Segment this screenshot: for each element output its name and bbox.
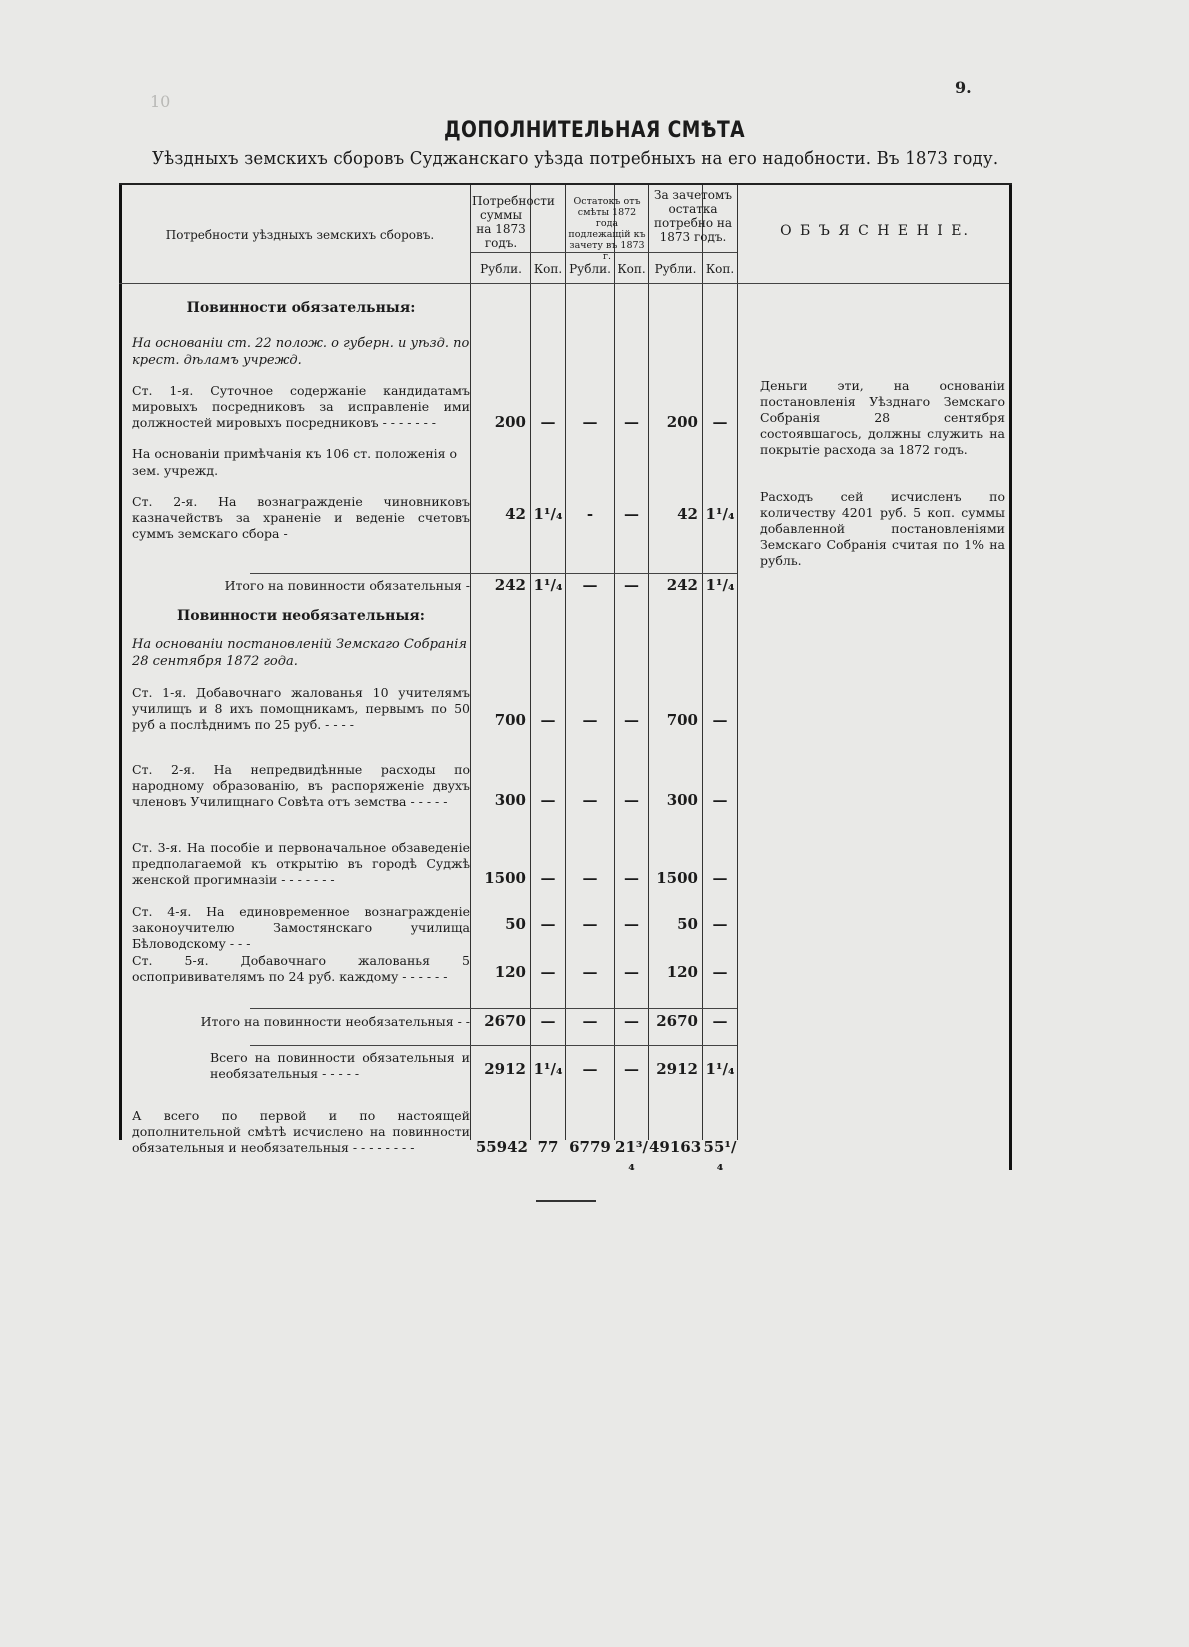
row-description: Ст. 5-я. Добавочнаго жалованья 5 оспопри…: [132, 953, 470, 985]
closing-rule: [536, 1200, 596, 1202]
row-rem-rub: —: [566, 791, 614, 809]
section-heading-mandatory: Повинности обязательныя:: [132, 300, 470, 316]
row-description: Ст. 4-я. На единовременное вознаграждені…: [132, 904, 470, 952]
subtotal-label: Итого на повинности необязательныя - -: [160, 1014, 470, 1030]
header-remainder: Остатокъ отъ смѣты 1872 года подлежащій …: [567, 196, 647, 262]
row-rem-kop: —: [615, 505, 648, 523]
row-description: Ст. 1-я. Добавочнаго жалованья 10 учител…: [132, 685, 470, 733]
row-rem-kop: —: [615, 1060, 648, 1078]
row-rem-rub: —: [566, 963, 614, 981]
row-kop: —: [531, 869, 565, 887]
row-net-kop: —: [703, 869, 737, 887]
row-net-kop: 1¹/₄: [703, 505, 737, 523]
header-kop: Коп.: [703, 262, 737, 276]
row-rem-rub: —: [566, 413, 614, 431]
row-net-rub: 300: [649, 791, 698, 809]
basis-note: На основаніи ст. 22 полож. о губерн. и у…: [132, 335, 470, 369]
row-kop: —: [531, 1012, 565, 1030]
header-net-needed: За зачетомъ остатка потребно на 1873 год…: [650, 188, 736, 244]
row-rem-rub: —: [566, 869, 614, 887]
row-rem-kop: —: [615, 576, 648, 594]
row-rem-kop: —: [615, 869, 648, 887]
col-divider: [648, 185, 649, 1140]
section-heading-optional: Повинности необязательныя:: [132, 608, 470, 624]
row-rub: 700: [472, 711, 526, 729]
header-kop: Коп.: [531, 262, 565, 276]
row-net-kop: 55¹/₄: [703, 1138, 737, 1174]
row-net-rub: 49163: [649, 1138, 701, 1156]
row-net-kop: —: [703, 711, 737, 729]
row-rem-rub: —: [566, 576, 614, 594]
row-net-kop: 1¹/₄: [703, 576, 737, 594]
subtotal-rule: [250, 573, 737, 574]
basis-note: На основаніи постановленій Земскаго Собр…: [132, 636, 470, 670]
row-rem-rub: —: [566, 1012, 614, 1030]
row-kop: —: [531, 963, 565, 981]
header-rub: Рубли.: [472, 262, 530, 276]
row-rub: 200: [472, 413, 526, 431]
row-rem-kop: —: [615, 791, 648, 809]
row-rub: 1500: [472, 869, 526, 887]
row-net-kop: 1¹/₄: [703, 1060, 737, 1078]
document-page: 10 9. ДОПОЛНИТЕЛЬНАЯ СМѢТА Уѣздныхъ земс…: [0, 0, 1189, 1647]
row-rub: 2912: [472, 1060, 526, 1078]
row-net-rub: 42: [649, 505, 698, 523]
document-subtitle: Уѣздныхъ земскихъ сборовъ Суджанскаго уѣ…: [152, 148, 998, 169]
row-rub: 55942: [472, 1138, 528, 1156]
row-rem-kop: 21³/₄: [615, 1138, 648, 1174]
page-number: 9.: [955, 78, 972, 97]
row-net-kop: —: [703, 791, 737, 809]
row-rem-rub: 6779: [566, 1138, 614, 1156]
row-net-kop: —: [703, 915, 737, 933]
row-rem-rub: —: [566, 1060, 614, 1078]
explanation-note: Расходъ сей исчисленъ по количеству 4201…: [760, 489, 1005, 569]
row-rem-kop: —: [615, 915, 648, 933]
header-description: Потребности уѣздныхъ земскихъ сборовъ.: [140, 228, 460, 242]
explanation-note: Деньги эти, на основаніи постановленія У…: [760, 378, 1005, 458]
row-net-rub: 242: [649, 576, 698, 594]
row-kop: —: [531, 413, 565, 431]
overall-total-label: А всего по первой и по настоящей дополни…: [132, 1108, 470, 1156]
row-kop: 1¹/₄: [531, 576, 565, 594]
document-title: ДОПОЛНИТЕЛЬНАЯ СМѢТА: [89, 118, 1100, 143]
col-divider: [737, 185, 738, 1140]
header-rub: Рубли.: [649, 262, 702, 276]
col-divider: [702, 185, 703, 1140]
row-rub: 242: [472, 576, 526, 594]
row-rub: 50: [472, 915, 526, 933]
header-rub: Рубли.: [566, 262, 614, 276]
row-rem-kop: —: [615, 963, 648, 981]
row-kop: 1¹/₄: [531, 505, 565, 523]
row-description: Ст. 3-я. На пособіе и первоначальное обз…: [132, 840, 470, 888]
row-rem-rub: -: [566, 505, 614, 523]
table-left-border: [119, 185, 122, 1140]
table-right-border: [1009, 185, 1012, 1170]
row-kop: 1¹/₄: [531, 1060, 565, 1078]
header-bottom-border: [119, 283, 1009, 284]
header-needed: Потребности суммы на 1873 годъ.: [472, 194, 530, 250]
header-kop: Коп.: [615, 262, 648, 276]
row-net-kop: —: [703, 963, 737, 981]
row-net-rub: 120: [649, 963, 698, 981]
subtotal-rule: [250, 1008, 737, 1009]
row-kop: 77: [531, 1138, 565, 1156]
grand-total-label: Всего на повинности обязательныя и необя…: [210, 1050, 470, 1082]
col-divider: [614, 185, 615, 1140]
col-divider: [565, 185, 566, 1140]
row-net-rub: 50: [649, 915, 698, 933]
row-net-rub: 1500: [649, 869, 698, 887]
subtotal-label: Итого на повинности обязательныя -: [160, 578, 470, 594]
grand-total-rule: [250, 1045, 737, 1046]
row-description: Ст. 1-я. Суточное содержаніе кандидатамъ…: [132, 383, 470, 431]
row-rub: 42: [472, 505, 526, 523]
row-rem-kop: —: [615, 1012, 648, 1030]
row-kop: —: [531, 915, 565, 933]
row-net-rub: 200: [649, 413, 698, 431]
row-net-kop: —: [703, 1012, 737, 1030]
row-kop: —: [531, 791, 565, 809]
row-rem-kop: —: [615, 711, 648, 729]
row-net-rub: 2670: [649, 1012, 698, 1030]
row-rub: 300: [472, 791, 526, 809]
row-rem-kop: —: [615, 413, 648, 431]
row-rub: 120: [472, 963, 526, 981]
col-divider: [470, 185, 471, 1140]
row-kop: —: [531, 711, 565, 729]
bleed-through-page-number: 10: [150, 92, 170, 111]
row-net-rub: 700: [649, 711, 698, 729]
header-explanation: О Б Ъ Я С Н Е Н І Е.: [745, 224, 1005, 238]
row-net-kop: —: [703, 413, 737, 431]
row-description: Ст. 2-я. На непредвидѣнные расходы по на…: [132, 762, 470, 810]
col-divider: [530, 185, 531, 1140]
row-description: Ст. 2-я. На вознагражденіе чиновниковъ к…: [132, 494, 470, 542]
basis-note: На основаніи примѣчанія къ 106 ст. полож…: [132, 445, 470, 479]
row-rem-rub: —: [566, 915, 614, 933]
row-rem-rub: —: [566, 711, 614, 729]
row-net-rub: 2912: [649, 1060, 698, 1078]
row-rub: 2670: [472, 1012, 526, 1030]
